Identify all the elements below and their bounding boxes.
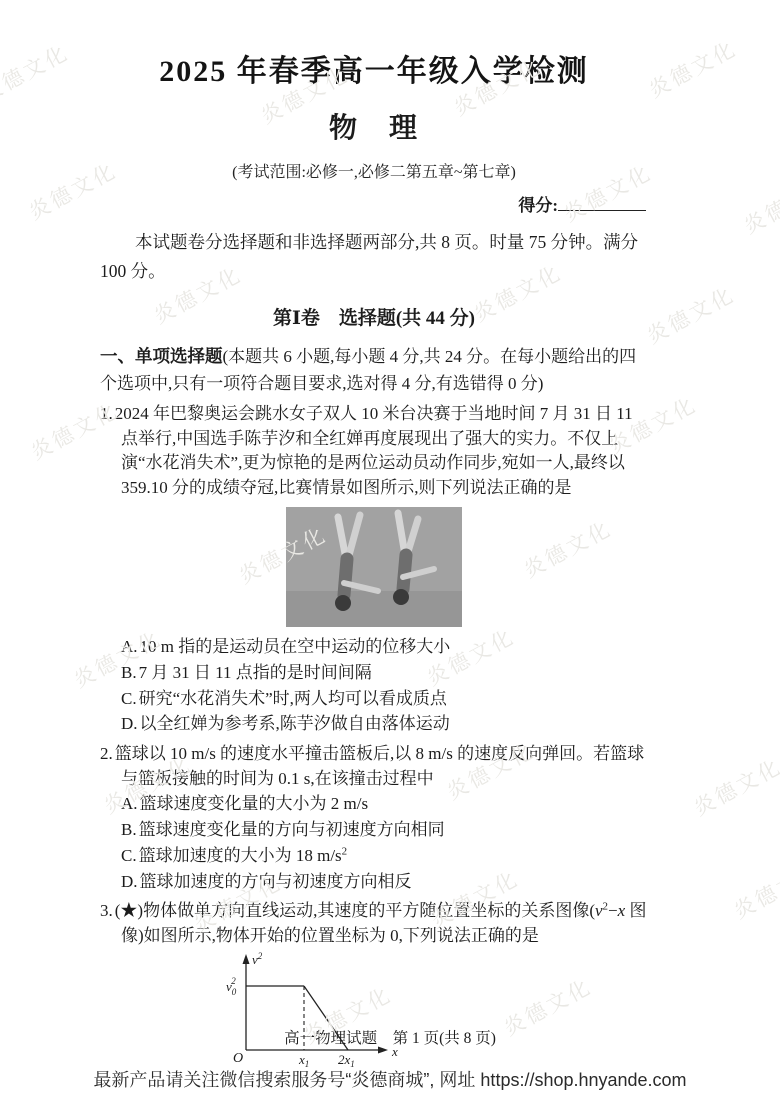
q2-option-d-letter: D. [121, 872, 138, 891]
q2-option-d: D.篮球加速度的方向与初速度方向相反 [121, 869, 648, 895]
watermark: 炎德文化 [728, 854, 780, 926]
question-2-stem: 2.篮球以 10 m/s 的速度水平撞击篮板后,以 8 m/s 的速度反向弹回。… [100, 742, 648, 791]
watermark: 炎德文化 [641, 279, 740, 351]
content-column: 2025 年春季高一年级入学检测 物 理 (考试范围:必修一,必修二第五章~第七… [100, 0, 648, 1073]
question-2-options: A.篮球速度变化量的大小为 2 m/s B.篮球速度变化量的方向与初速度方向相同… [121, 791, 648, 894]
q2-option-c-text: 篮球加速度的大小为 18 m/s [139, 846, 342, 865]
q1-option-c: C.研究“水花消失术”时,两人均可以看成质点 [121, 686, 648, 712]
question-3-text-1: 物体做单方向直线运动,其速度的平方随位置坐标的关系图像( [143, 901, 595, 920]
q2-option-c-letter: C. [121, 846, 137, 865]
divers-photo-image [286, 507, 462, 627]
q2-option-b-text: 篮球速度变化量的方向与初速度方向相同 [139, 820, 445, 839]
score-blank-line [558, 196, 646, 211]
q2-option-a: A.篮球速度变化量的大小为 2 m/s [121, 791, 648, 817]
q2-option-d-text: 篮球加速度的方向与初速度方向相反 [140, 872, 412, 891]
question-1-number: 1. [100, 404, 113, 423]
score-row: 得分: [100, 191, 648, 216]
watermark: 炎德文化 [0, 37, 74, 109]
question-3-stem: 3.(★)物体做单方向直线运动,其速度的平方随位置坐标的关系图像(v2−x 图像… [100, 899, 648, 948]
q1-option-d-letter: D. [121, 714, 138, 733]
question-3-number: 3. [100, 901, 113, 920]
q3-v2-x-graph: v2 v02 O x1 2x1 x [218, 950, 408, 1073]
q1-option-d-text: 以全红婵为参考系,陈芋汐做自由落体运动 [140, 714, 450, 733]
bottom-promo-banner: 最新产品请关注微信搜索服务号“炎德商城”, 网址 https://shop.hn… [0, 1066, 780, 1092]
section1-title: 第Ⅰ卷 选择题(共 44 分) [100, 303, 648, 330]
part1-heading-bold: 一、单项选择题 [100, 346, 223, 366]
q1-option-a: A.10 m 指的是运动员在空中运动的位移大小 [121, 634, 648, 660]
watermark: 炎德文化 [688, 751, 780, 823]
question-2-text: 篮球以 10 m/s 的速度水平撞击篮板后,以 8 m/s 的速度反向弹回。若篮… [115, 744, 644, 788]
exam-page: 炎德文化 炎德文化 炎德文化 炎德文化 炎德文化 炎德文化 炎德文化 炎德文化 … [0, 0, 780, 1104]
y-axis-label: v2 [252, 951, 263, 967]
q2-option-a-letter: A. [121, 794, 138, 813]
exam-intro: 本试题卷分选择题和非选择题两部分,共 8 页。时量 75 分钟。满分 100 分… [100, 228, 648, 286]
q1-option-a-letter: A. [121, 637, 138, 656]
score-label: 得分: [518, 196, 558, 215]
q1-option-c-text: 研究“水花消失术”时,两人均可以看成质点 [139, 689, 447, 708]
question-1-text: 2024 年巴黎奥运会跳水女子双人 10 米台决赛于当地时间 7 月 31 日 … [115, 404, 633, 497]
q2-option-c: C.篮球加速度的大小为 18 m/s2 [121, 843, 648, 869]
watermark: 炎德文化 [643, 33, 742, 105]
y-tick-v0sq: v02 [226, 976, 237, 997]
question-2-number: 2. [100, 744, 113, 763]
v2-x-graph-drawing: v2 v02 O x1 2x1 x [218, 950, 408, 1068]
q2-option-c-sup: 2 [342, 845, 348, 857]
divers-photo-drawing [286, 507, 462, 627]
q2-option-b: B.篮球速度变化量的方向与初速度方向相同 [121, 817, 648, 843]
q3-var-v: v [595, 901, 603, 920]
page-title: 2025 年春季高一年级入学检测 [100, 46, 648, 90]
q2-option-b-letter: B. [121, 820, 137, 839]
question-1-options: A.10 m 指的是运动员在空中运动的位移大小 B.7 月 31 日 11 点指… [121, 634, 648, 737]
part1-heading: 一、单项选择题(本题共 6 小题,每小题 4 分,共 24 分。在每小题给出的四… [100, 343, 648, 397]
watermark: 炎德文化 [738, 169, 780, 241]
page-footer: 高一物理试题 第 1 页(共 8 页) [0, 1026, 780, 1048]
q1-option-d: D.以全红婵为参考系,陈芋汐做自由落体运动 [121, 711, 648, 737]
exam-scope-note: (考试范围:必修一,必修二第五章~第七章) [100, 159, 648, 182]
question-1-stem: 1.2024 年巴黎奥运会跳水女子双人 10 米台决赛于当地时间 7 月 31 … [100, 402, 648, 500]
q1-option-c-letter: C. [121, 689, 137, 708]
q2-option-a-text: 篮球速度变化量的大小为 2 m/s [140, 794, 369, 813]
q3-minus: − [608, 901, 618, 920]
q1-option-b-letter: B. [121, 663, 137, 682]
q1-option-a-text: 10 m 指的是运动员在空中运动的位移大小 [140, 637, 451, 656]
q1-option-b-text: 7 月 31 日 11 点指的是时间间隔 [139, 663, 372, 682]
question-3-star: (★) [115, 901, 143, 920]
q1-option-b: B.7 月 31 日 11 点指的是时间间隔 [121, 660, 648, 686]
subject-title: 物 理 [100, 106, 648, 146]
origin-label: O [233, 1051, 243, 1066]
